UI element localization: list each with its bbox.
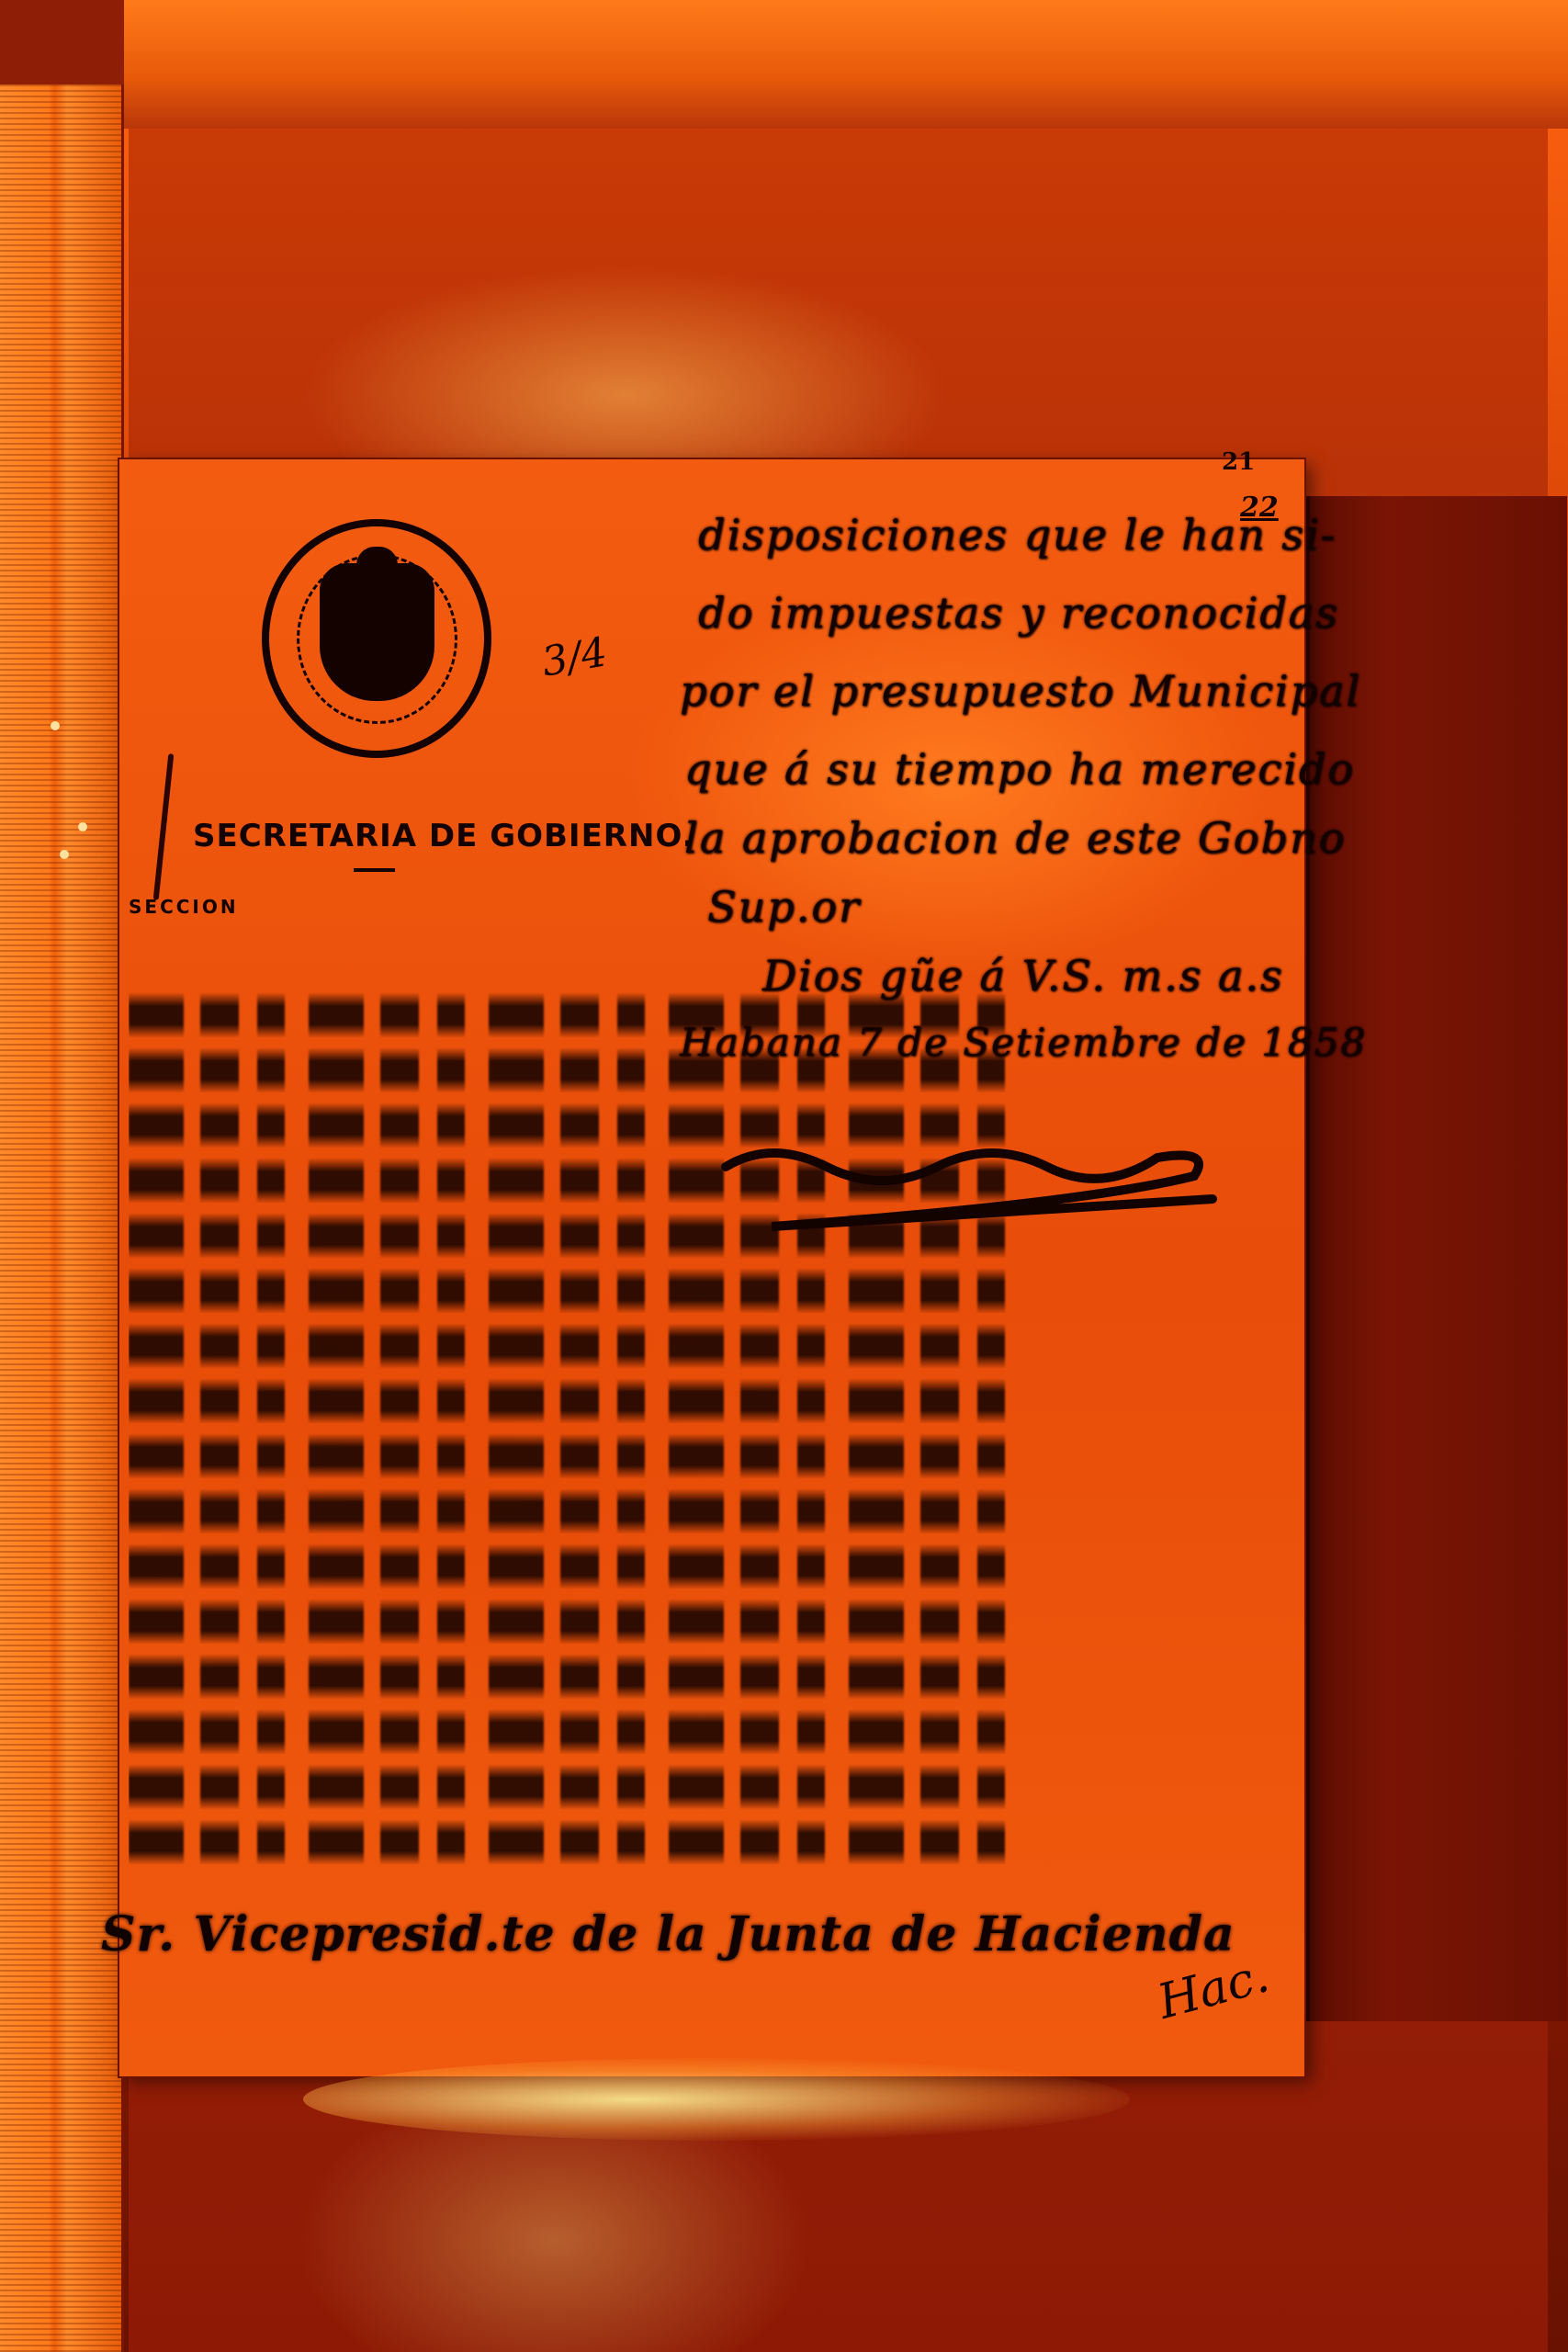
signature-flourish-icon [716, 1130, 1231, 1240]
top-mount-strip [124, 0, 1568, 129]
bleed-line [129, 1543, 1010, 1589]
light-glare [303, 2058, 1130, 2141]
letterhead-title: SECRETARIA DE GOBIERNO. [193, 818, 695, 854]
shield-icon [320, 563, 434, 701]
bleed-line [129, 1268, 1010, 1314]
bleed-line [129, 1599, 1010, 1645]
bleed-line [129, 1323, 1010, 1369]
coat-of-arms-seal-icon [262, 519, 491, 758]
handwriting-line-3: por el presupuesto Municipal [680, 666, 1361, 716]
bleed-line [129, 1047, 1010, 1093]
cloth-binding-spine [0, 85, 124, 2352]
handwriting-line-1: disposiciones que le han si- [698, 510, 1337, 560]
bleed-line [129, 992, 1010, 1038]
bleed-line [129, 1709, 1010, 1755]
right-guard-strip [1304, 496, 1567, 2021]
handwriting-line-4: que á su tiempo ha merecido [684, 744, 1355, 794]
handwriting-line-5: la aprobacion de este Gobno [684, 813, 1346, 863]
handwriting-line-2: do impuestas y reconocidas [698, 588, 1339, 638]
page-number-top: 21 [1222, 448, 1255, 476]
bleed-line [129, 1654, 1010, 1700]
bleed-line [129, 1488, 1010, 1534]
corner-shadow [0, 0, 124, 87]
bleed-through-text-block [129, 992, 1010, 1874]
bleed-line [129, 1433, 1010, 1479]
bleed-line [129, 1378, 1010, 1424]
addressee-line: Sr. Vicepresid.te de la Junta de Haciend… [101, 1906, 1235, 1962]
letterhead-rule [354, 868, 395, 872]
handwriting-line-6: Sup.or [707, 882, 861, 932]
letterhead-section: SECCION [129, 896, 239, 918]
bleed-line [129, 1819, 1010, 1865]
bleed-line [129, 1764, 1010, 1810]
